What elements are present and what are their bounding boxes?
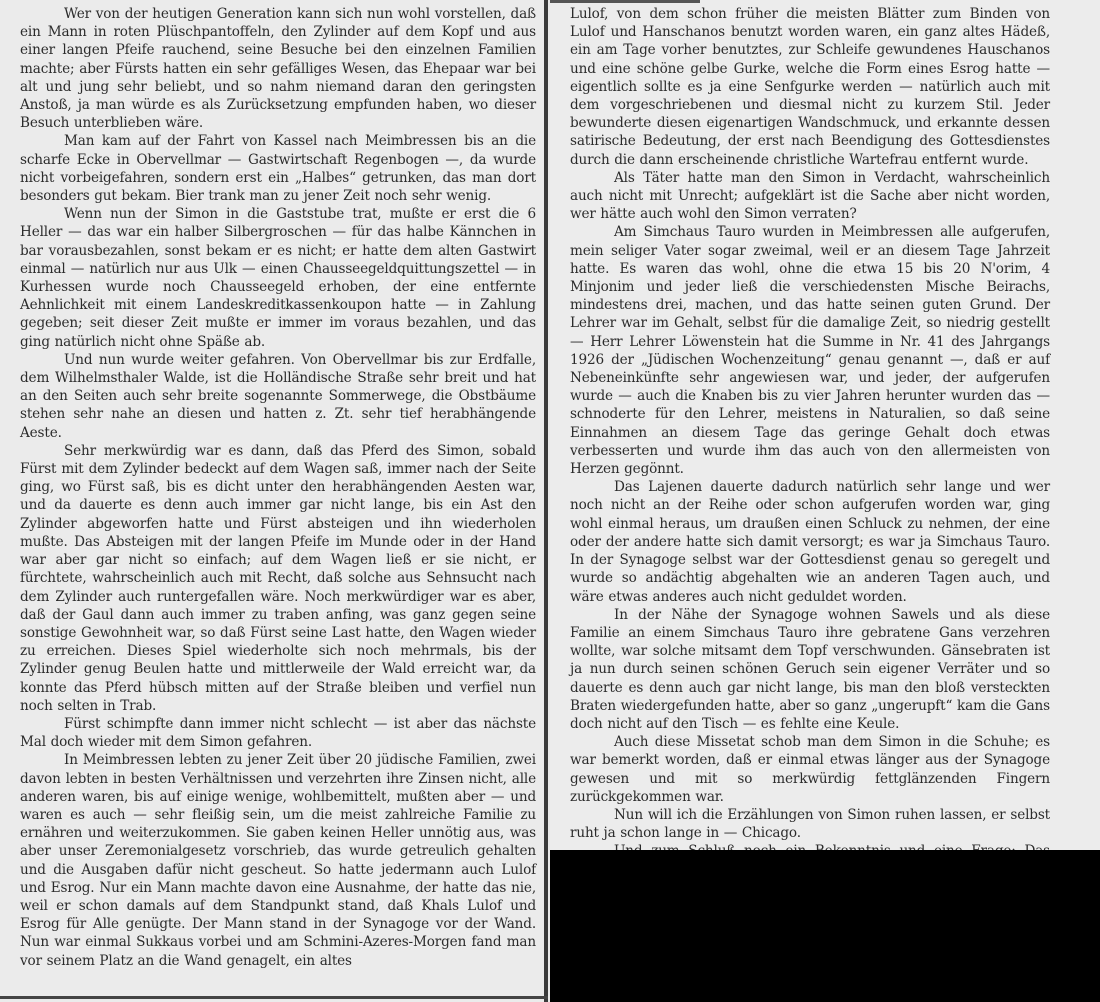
paragraph: In Meimbressen lebten zu jener Zeit über… [20,751,536,969]
paragraph-continuation: Lulof, von dem schon früher die meisten … [570,5,1050,169]
paragraph: Sehr merkwürdig war es dann, daß das Pfe… [20,442,536,715]
paragraph: Nun will ich die Erzählungen von Simon r… [570,806,1050,842]
column-top-rule [550,0,700,3]
column-bottom-rule [0,996,548,999]
paragraph: Auch diese Missetat schob man dem Simon … [570,733,1050,806]
paragraph: Als Täter hatte man den Simon in Verdach… [570,169,1050,224]
paragraph: Man kam auf der Fahrt von Kassel nach Me… [20,132,536,205]
paragraph: Wer von der heutigen Generation kann sic… [20,5,536,132]
newspaper-page: Wer von der heutigen Generation kann sic… [0,0,1100,1002]
column-divider [544,0,548,1002]
paragraph: Und nun wurde weiter gefahren. Von Oberv… [20,351,536,442]
paragraph: Am Simchaus Tauro wurden in Meimbressen … [570,223,1050,478]
paragraph: Das Lajenen dauerte dadurch natürlich se… [570,478,1050,605]
paragraph: Fürst schimpfte dann immer nicht schlech… [20,715,536,751]
paragraph: Wenn nun der Simon in die Gaststube trat… [20,205,536,351]
paragraph: In der Nähe der Synagoge wohnen Sawels u… [570,606,1050,733]
column-left: Wer von der heutigen Generation kann sic… [0,0,544,1002]
blank-scan-region [550,850,1100,1002]
column-right: Lulof, von dem schon früher die meisten … [550,0,1100,850]
